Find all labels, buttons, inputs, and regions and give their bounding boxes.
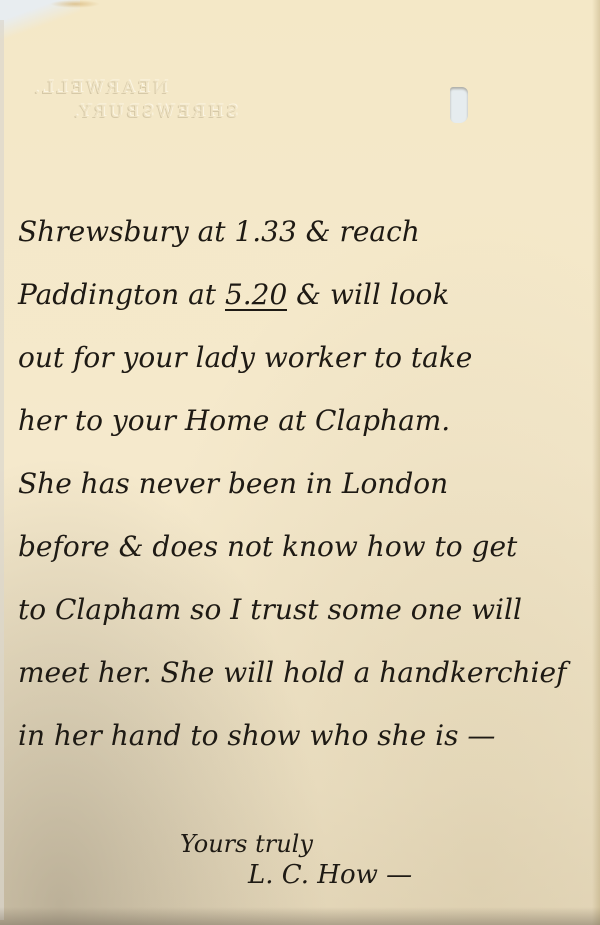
line-text: Paddington at [18, 278, 225, 311]
letterhead-line-1: NEARWELL. [38, 78, 168, 98]
line-text: meet her. She will hold a handkerchief [18, 656, 566, 689]
line-text: Shrewsbury at 1.33 & reach [18, 215, 420, 248]
letter-line: before & does not know how to get [18, 515, 588, 578]
letter-closing: Yours truly [180, 830, 313, 858]
paper-stain [50, 0, 100, 8]
letterhead-line-2: SHREWSBURY. [38, 102, 238, 122]
page-left-edge [0, 20, 4, 920]
letter-line: She has never been in London [18, 452, 588, 515]
letter-line: Shrewsbury at 1.33 & reach [18, 200, 588, 263]
letter-body: Shrewsbury at 1.33 & reach Paddington at… [18, 200, 588, 767]
page-bottom-shadow [0, 907, 600, 925]
line-text: out for your lady worker to take [18, 341, 472, 374]
letter-signature: L. C. How — [248, 860, 412, 890]
line-text: her to your Home at Clapham. [18, 404, 450, 437]
embossed-letterhead: NEARWELL. SHREWSBURY. [38, 78, 238, 122]
letter-line: in her hand to show who she is — [18, 704, 588, 767]
letter-line: meet her. She will hold a handkerchief [18, 641, 588, 704]
line-text: in her hand to show who she is — [18, 719, 495, 752]
letter-page: NEARWELL. SHREWSBURY. Shrewsbury at 1.33… [0, 0, 600, 925]
letter-line: to Clapham so I trust some one will [18, 578, 588, 641]
underlined-time: 5.20 [225, 281, 287, 311]
paper-tear-hole [450, 87, 468, 123]
line-text: before & does not know how to get [18, 530, 517, 563]
letter-line: Paddington at 5.20 & will look [18, 263, 588, 326]
line-text: & will look [287, 278, 449, 311]
letter-line: her to your Home at Clapham. [18, 389, 588, 452]
line-text: to Clapham so I trust some one will [18, 593, 522, 626]
line-text: She has never been in London [18, 467, 448, 500]
page-right-edge [592, 0, 600, 925]
letter-line: out for your lady worker to take [18, 326, 588, 389]
